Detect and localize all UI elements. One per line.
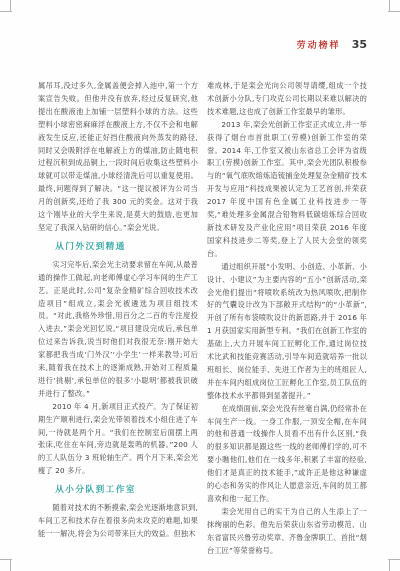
crop-mark-bottom-left [0,559,12,560]
crop-mark-bottom-right [388,559,400,560]
running-header: 劳动榜样 35 [297,38,367,51]
paragraph-continued: 属吊耳,没过多久,金属盖便会掉入池中,第一个方案宣告失败。但他并没有放弃,经过反… [38,80,198,235]
paragraph: 2013 年,栾会光创新工作室正式成立,并一举获得了烟台市首批职工(劳模)创新工… [207,119,367,261]
column-left: 属吊耳,没过多久,金属盖便会掉入池中,第一个方案宣告失败。但他并没有放弃,经过反… [38,80,198,558]
article-body: 属吊耳,没过多久,金属盖便会掉入池中,第一个方案宣告失败。但他并没有放弃,经过反… [38,80,367,558]
column-right: 难成林,于是栾会光向公司领导请缨,组成一个技术创新小分队,专门攻克公司长期以来难… [207,80,367,558]
page-number: 35 [352,38,367,51]
crop-mark-bottom-right [389,559,390,571]
paragraph: 通过组织开展“小发明、小创造、小革新、小设计、小建议”为主要内容的“五小”创新活… [207,261,367,403]
crop-mark-top-right [388,11,400,12]
section-heading: 从门外汉到精通 [38,241,198,254]
paragraph: 2010 年 4 月,新项目正式投产。为了保证初期生产顺利进行,栾会光带领着技术… [38,401,198,478]
crop-mark-top-left [0,11,12,12]
crop-mark-bottom-left [10,559,11,571]
paragraph: 栾会光用自己的实干为自己的人生添上了一抹绚丽的色彩。他先后荣获山东省劳动模范、山… [207,506,367,558]
section-label: 劳动榜样 [297,38,341,51]
paragraph: 随着对技术的不断摸索,栾会光逐渐地意识到,车间工艺和技术存在着很多尚未攻克的难题… [38,502,198,541]
paragraph: 在成绩面前,栾会光没有丝毫自满,仍经常扑在车间生产一线。一身工作服,一顶安全帽,… [207,403,367,506]
section-heading: 从小分队到工作室 [38,484,198,497]
paragraph: 实习完毕后,栾会光主动要求留在车间,从最普通的操作工做起,向老师傅虚心学习车间的… [38,259,198,401]
magazine-page: 劳动榜样 35 属吊耳,没过多久,金属盖便会掉入池中,第一个方案宣告失败。但他并… [0,0,400,571]
paragraph-continued: 难成林,于是栾会光向公司领导请缨,组成一个技术创新小分队,专门攻克公司长期以来难… [207,80,367,119]
